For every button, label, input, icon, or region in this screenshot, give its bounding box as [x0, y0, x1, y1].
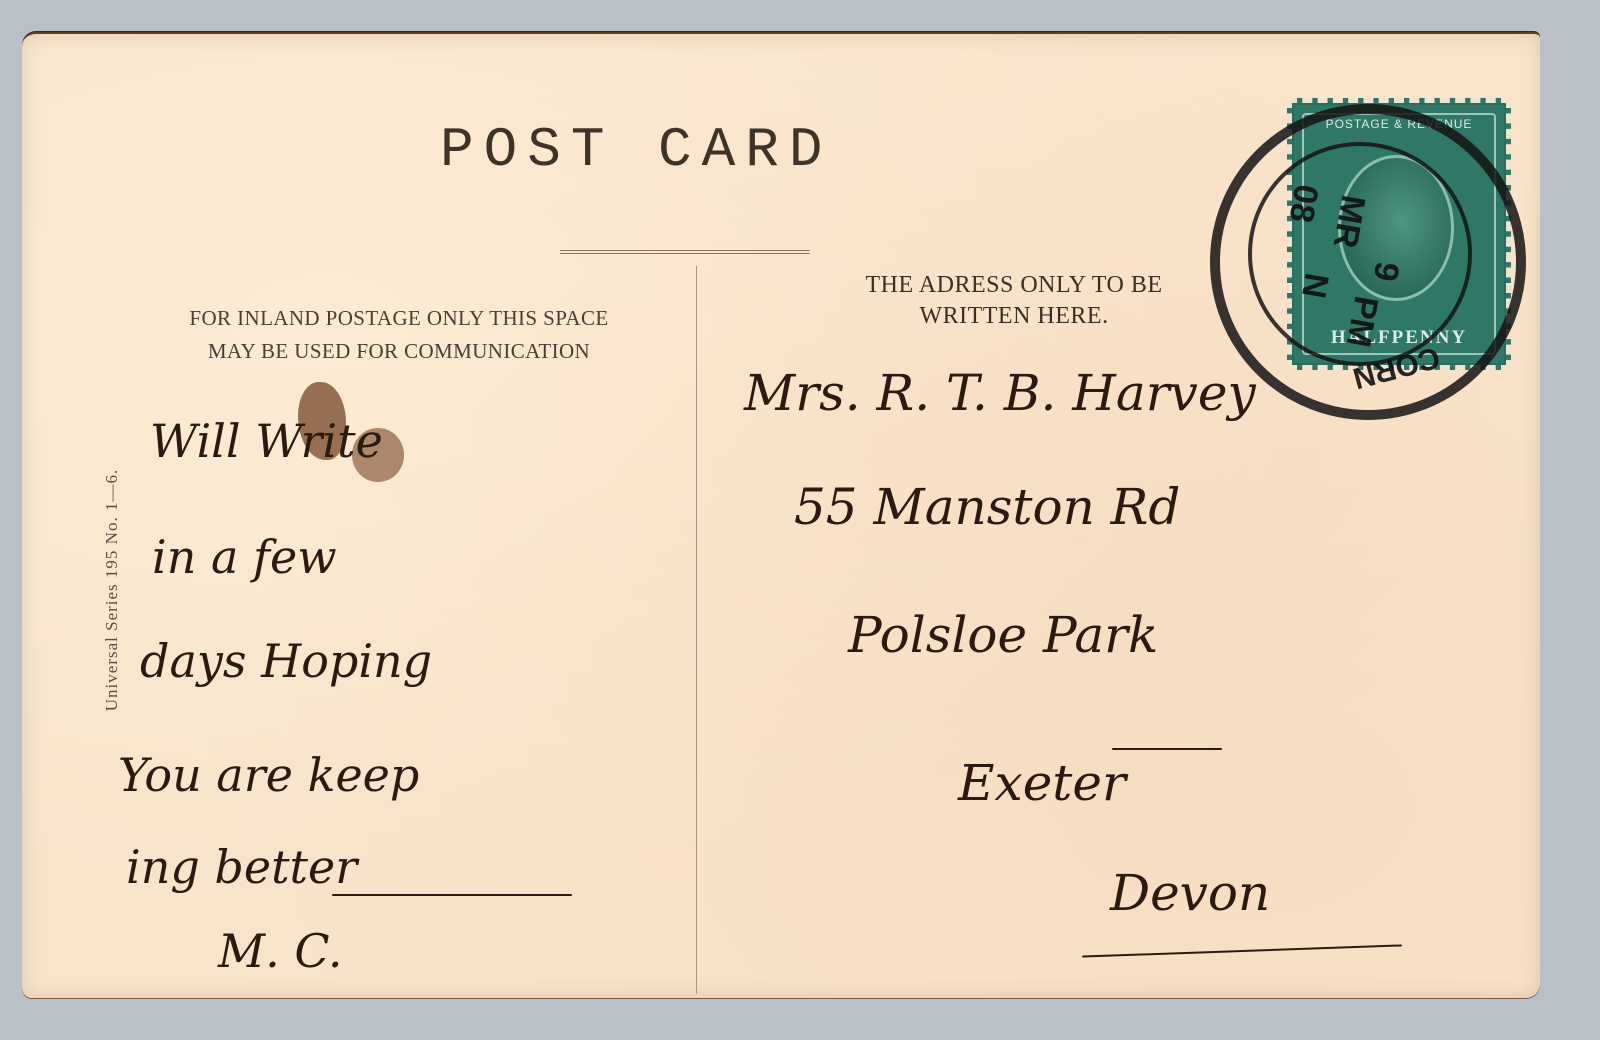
- communication-caption-line1: FOR INLAND POSTAGE ONLY THIS SPACE: [114, 302, 684, 335]
- address-caption-line1: THE ADRESS ONLY TO BE: [794, 270, 1234, 301]
- postmark-year: 08: [1280, 181, 1325, 225]
- center-divider: [696, 266, 699, 994]
- address-caption: THE ADRESS ONLY TO BE WRITTEN HERE.: [794, 270, 1234, 332]
- message-line: days Hoping: [140, 634, 432, 688]
- communication-caption: FOR INLAND POSTAGE ONLY THIS SPACE MAY B…: [114, 302, 684, 368]
- address-line-county: Devon: [1110, 864, 1270, 922]
- address-line-district: Polsloe Park: [848, 606, 1158, 664]
- header-rule: [560, 250, 810, 254]
- exeter-overline: [1112, 748, 1222, 750]
- address-line-street: 55 Manston Rd: [794, 478, 1180, 536]
- address-line-city: Exeter: [958, 754, 1126, 812]
- postcard-title: POST CARD: [440, 118, 1000, 182]
- devon-underline: [1082, 944, 1402, 957]
- message-line: Will Write: [150, 414, 383, 468]
- postcard: POST CARD FOR INLAND POSTAGE ONLY THIS S…: [22, 32, 1540, 998]
- message-line: You are keep: [118, 748, 419, 802]
- message-line: in a few: [152, 530, 337, 584]
- communication-caption-line2: MAY BE USED FOR COMMUNICATION: [114, 335, 684, 368]
- address-caption-line2: WRITTEN HERE.: [794, 301, 1234, 332]
- signature: M. C.: [218, 924, 343, 978]
- address-line-name: Mrs. R. T. B. Harvey: [744, 364, 1256, 422]
- series-number: Universal Series 195 No. 1—6.: [102, 440, 122, 740]
- message-line: ing better: [126, 840, 357, 894]
- underline: [332, 894, 572, 896]
